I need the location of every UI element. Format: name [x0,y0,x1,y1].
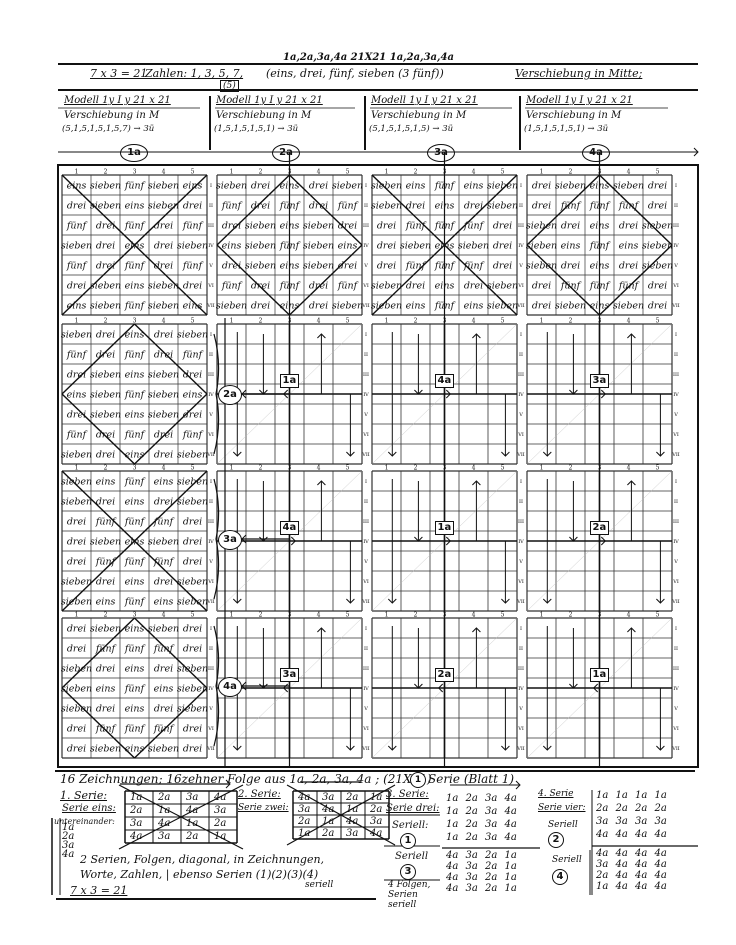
grid-word: drei [338,221,357,232]
svg-text:V: V [363,412,368,418]
svg-text:4: 4 [317,169,321,176]
svg-text:VI: VI [207,579,214,585]
svg-text:V: V [208,559,213,565]
grid-word: fünf [405,221,427,232]
svg-text:V: V [208,263,213,269]
grid-word: drei [96,577,115,588]
svg-text:VII: VII [361,452,370,458]
svg-text:4: 4 [317,612,321,619]
serie-row: 4a 3a 2a 1a [446,883,517,894]
serie-cell: 4a [214,792,226,803]
grid-word: fünf [124,350,146,361]
grid-word: drei [154,450,173,461]
svg-text:V: V [673,706,678,712]
svg-text:4: 4 [627,612,631,619]
svg-text:2: 2 [414,318,418,325]
serie-row: 1a 2a 3a 4a [446,806,517,817]
grid-word: fünf [95,724,117,735]
grid-word: drei [154,577,173,588]
serie2-sub: Serie zwei: [238,803,289,813]
note-line1: 2 Serien, Folgen, diagonal, in Zeichnung… [80,853,324,866]
svg-text:1: 1 [75,612,79,619]
grid-word: eins [67,301,87,312]
svg-text:VI: VI [362,432,369,438]
grid-word: fünf [463,221,485,232]
grid-word: drei [532,201,551,212]
serie1-sub: Serie eins: [62,803,116,814]
serie-cell: 4a [346,816,358,827]
serie-row: 1a 2a 3a 4a [446,793,517,804]
grid-word: sieben [487,201,518,212]
svg-text:4: 4 [162,318,166,325]
grid-word: sieben [303,261,334,272]
svg-text:III: III [673,223,679,229]
serie-cell: 1a [370,792,382,803]
svg-text:2: 2 [414,169,418,176]
grid-word: sieben [216,301,247,312]
svg-text:VII: VII [206,303,215,309]
svg-text:VI: VI [517,432,524,438]
serie-cell: 2a [186,831,198,842]
svg-text:1: 1 [75,169,79,176]
grid-word: sieben [332,181,363,192]
grid-word: drei [183,281,202,292]
svg-text:I: I [365,332,367,338]
svg-text:5: 5 [656,465,660,472]
quadrant-label: 1a [435,521,455,535]
grid-word: drei [154,664,173,675]
svg-text:II: II [364,499,368,505]
grid-word: drei [648,301,667,312]
grid-word: sieben [148,537,179,548]
svg-text:III: III [673,519,679,525]
seriell-1: Seriell: [392,820,428,831]
svg-text:VI: VI [362,283,369,289]
grid-word: eins [464,301,484,312]
svg-text:I: I [210,479,212,485]
svg-text:I: I [210,183,212,189]
svg-text:VII: VII [361,746,370,752]
serie3-sub: Serie drei: [386,803,440,814]
svg-text:III: III [208,519,214,525]
svg-text:II: II [209,646,213,652]
note-line2: Worte, Zahlen, | ebenso Serien (1)(2)(3)… [80,868,318,881]
quadrant-label: 1a [280,374,300,388]
grid-word: sieben [90,281,121,292]
serie-row: 1a 4a 4a 4a [596,881,667,892]
svg-text:II: II [519,499,523,505]
svg-text:1: 1 [230,465,234,472]
grid-word: fünf [221,281,243,292]
svg-text:2: 2 [259,169,263,176]
grid-word: sieben [61,330,92,341]
svg-text:I: I [520,332,522,338]
serie-cell: 3a [130,818,142,829]
grid-word: drei [67,724,86,735]
grid-word: sieben [177,330,208,341]
svg-text:II: II [364,646,368,652]
grid-word: drei [183,517,202,528]
grid-word: drei [561,261,580,272]
grid-word: fünf [124,724,146,735]
svg-text:VI: VI [672,432,679,438]
svg-text:VII: VII [206,746,215,752]
svg-text:2: 2 [104,612,108,619]
grid-word: fünf [182,350,204,361]
svg-text:2: 2 [569,318,573,325]
bottom-formula: 7 x 3 = 21 [70,884,127,897]
grid-word: fünf [337,281,359,292]
grid-word: drei [377,261,396,272]
svg-text:IV: IV [363,539,369,545]
grid-word: drei [96,241,115,252]
svg-text:II: II [209,352,213,358]
svg-text:III: III [518,666,524,672]
serie-cell: 3a [322,792,334,803]
svg-text:IV: IV [673,539,679,545]
grid-word: sieben [613,181,644,192]
serie-cell: 1a [130,792,142,803]
svg-text:2: 2 [104,465,108,472]
grid-word: fünf [124,181,146,192]
grid-word: eins [183,301,203,312]
serie-cell: 4a [158,818,170,829]
serie-cell: 4a [186,805,198,816]
grid-word: sieben [245,241,276,252]
svg-text:II: II [209,499,213,505]
grid-word: drei [154,704,173,715]
svg-text:V: V [518,412,523,418]
grid-word: sieben [371,301,402,312]
grid-word: drei [96,221,115,232]
grid-word: drei [493,241,512,252]
svg-text:5: 5 [346,169,350,176]
svg-text:2: 2 [569,169,573,176]
serie-cell: 2a [370,804,382,815]
svg-text:4: 4 [162,465,166,472]
svg-text:4: 4 [472,465,476,472]
grid-word: eins [96,597,116,608]
grid-word: drei [493,261,512,272]
grid-word: drei [532,181,551,192]
serie-row: 2a 4a 4a 4a [596,870,667,881]
svg-text:II: II [209,203,213,209]
quadrant-label: 3a [280,668,300,682]
grid-word: eins [125,201,145,212]
svg-text:III: III [673,372,679,378]
svg-text:4: 4 [472,169,476,176]
svg-text:V: V [208,706,213,712]
svg-text:V: V [518,706,523,712]
svg-text:1: 1 [540,169,544,176]
svg-text:1: 1 [385,169,389,176]
grid-word: sieben [177,664,208,675]
grid-word: sieben [90,390,121,401]
seriell-3: Seriell [395,851,428,862]
svg-text:III: III [363,223,369,229]
svg-text:VII: VII [516,452,525,458]
grid-word: sieben [90,301,121,312]
grid-word: sieben [642,221,673,232]
serie-cell: 1a [346,804,358,815]
grid-word: drei [67,281,86,292]
grid-word: sieben [61,450,92,461]
svg-text:4: 4 [162,169,166,176]
serie-cell: 1a [158,805,170,816]
grid-word: sieben [148,410,179,421]
svg-text:VII: VII [671,303,680,309]
grid-word: drei [154,330,173,341]
svg-text:2: 2 [259,465,263,472]
svg-text:I: I [520,183,522,189]
serie-label: Serie (Blatt 1) [428,772,514,786]
svg-text:VII: VII [671,452,680,458]
grid-word: drei [493,221,512,232]
seriell-2-num: 2 [548,832,564,848]
svg-text:IV: IV [363,243,369,249]
grid-word: eins [619,241,639,252]
svg-text:IV: IV [208,392,214,398]
serie4-label: 4. Serie [538,789,573,799]
footer-title: 16 Zeichnungen; 16zehner Folge aus 1a, 2… [60,772,432,786]
svg-text:V: V [518,263,523,269]
svg-text:5: 5 [191,318,195,325]
svg-text:V: V [363,559,368,565]
svg-text:I: I [675,183,677,189]
quadrant-label: 1a [590,668,610,682]
svg-text:5: 5 [191,612,195,619]
serie-cell: 4a [322,804,334,815]
grid-word: sieben [61,497,92,508]
svg-text:II: II [519,646,523,652]
grid-word: eins [406,181,426,192]
grid-word: sieben [177,450,208,461]
svg-text:III: III [208,666,214,672]
serie-cell: 3a [370,816,382,827]
svg-text:1: 1 [540,612,544,619]
grid-word: sieben [61,241,92,252]
svg-text:2: 2 [569,465,573,472]
svg-text:IV: IV [363,686,369,692]
svg-text:2: 2 [414,465,418,472]
row-label-circle: 4a [218,677,242,697]
grid-word: drei [183,724,202,735]
grid-word: drei [183,624,202,635]
svg-text:IV: IV [673,392,679,398]
grid-word: drei [251,181,270,192]
serie-row: 4a 4a 4a 4a [596,829,667,840]
svg-text:5: 5 [191,465,195,472]
svg-text:IV: IV [208,243,214,249]
grid-word: sieben [303,241,334,252]
grid-word: sieben [148,181,179,192]
svg-text:V: V [518,559,523,565]
grid-word: sieben [487,301,518,312]
grid-word: fünf [124,301,146,312]
svg-text:VI: VI [362,726,369,732]
serie-cell: 2a [130,805,142,816]
svg-text:V: V [363,706,368,712]
serie-cell: 4a [130,831,142,842]
grid-word: fünf [124,557,146,568]
svg-text:I: I [365,479,367,485]
serie-cell: 1a [322,816,334,827]
svg-text:5: 5 [501,318,505,325]
serie-cell: 2a [214,818,226,829]
grid-word: drei [561,221,580,232]
svg-text:VI: VI [207,432,214,438]
grid-word: drei [532,301,551,312]
svg-text:III: III [363,519,369,525]
serie-row: 2a 2a 2a 2a [596,803,667,814]
grid-word: fünf [66,350,88,361]
grid-word: eins [67,390,87,401]
grid-word: eins [125,744,145,755]
serie-row: 4a 4a 4a 4a [596,848,667,859]
grid-word: drei [464,281,483,292]
svg-text:1: 1 [385,612,389,619]
grid-word: drei [67,744,86,755]
svg-text:I: I [210,332,212,338]
seriell-3-num: 3 [400,864,416,880]
svg-text:1: 1 [540,318,544,325]
svg-text:I: I [675,332,677,338]
grid-word: drei [377,221,396,232]
svg-text:1: 1 [75,465,79,472]
svg-text:4: 4 [627,169,631,176]
svg-text:I: I [365,626,367,632]
grid-word: eins [154,684,174,695]
svg-text:V: V [208,412,213,418]
grid-word: sieben [90,181,121,192]
serie-row: 4a 3a 2a 1a [446,872,517,883]
svg-text:IV: IV [518,392,524,398]
serie-cell: 3a [298,804,310,815]
serie-cell: 4a [298,792,310,803]
grid-word: fünf [124,390,146,401]
svg-text:4: 4 [472,612,476,619]
serie-cell: 3a [158,831,170,842]
grid-word: fünf [66,221,88,232]
svg-text:5: 5 [346,318,350,325]
grid-word: sieben [90,744,121,755]
grid-word: sieben [371,201,402,212]
seriell-4: Seriell [552,855,582,865]
svg-text:VI: VI [672,283,679,289]
svg-text:1: 1 [230,612,234,619]
grid-word: fünf [182,221,204,232]
grid-word: drei [67,537,86,548]
grid-word: eins [125,704,145,715]
grid-word: drei [183,744,202,755]
quadrant-label: 4a [280,521,300,535]
svg-text:2: 2 [414,612,418,619]
svg-text:IV: IV [208,686,214,692]
grid-word: fünf [66,261,88,272]
grid-word: sieben [216,181,247,192]
svg-text:1: 1 [230,169,234,176]
serie-cell: 1a [186,818,198,829]
svg-text:V: V [673,559,678,565]
svg-text:III: III [208,372,214,378]
svg-text:II: II [674,646,678,652]
grid-word: fünf [560,281,582,292]
grid-word: eins [406,301,426,312]
serie1-label: 1. Serie: [60,789,107,802]
svg-text:IV: IV [518,539,524,545]
svg-text:2: 2 [259,612,263,619]
serie-circle: 1 [410,772,426,788]
svg-text:4: 4 [317,465,321,472]
grid-word: sieben [303,221,334,232]
svg-text:III: III [208,223,214,229]
quadrant-label: 2a [435,668,455,682]
svg-text:3: 3 [133,169,137,176]
svg-text:I: I [675,479,677,485]
svg-text:VI: VI [517,579,524,585]
svg-text:II: II [674,499,678,505]
svg-text:VI: VI [207,726,214,732]
grid-word: eins [125,410,145,421]
serie-cell: 2a [298,816,310,827]
grid-word: drei [67,517,86,528]
svg-text:III: III [518,519,524,525]
grid-word: sieben [148,390,179,401]
grid-word: fünf [124,221,146,232]
grid-word: sieben [61,597,92,608]
svg-text:IV: IV [518,243,524,249]
serie-row: 4a 3a 2a 1a [446,861,517,872]
svg-text:4: 4 [627,465,631,472]
grid-word: sieben [245,221,276,232]
svg-text:II: II [519,352,523,358]
svg-text:5: 5 [346,465,350,472]
grid-word: sieben [177,597,208,608]
grid-word: drei [648,181,667,192]
grid-word: drei [309,181,328,192]
svg-text:VI: VI [207,283,214,289]
svg-text:II: II [519,203,523,209]
grid-word: drei [648,201,667,212]
grid-word: fünf [124,644,146,655]
grid-word: sieben [148,301,179,312]
serie3-label: 3. Serie: [386,789,429,800]
seriell-1-num: 1 [400,833,416,849]
grid-word: drei [619,261,638,272]
serie-row: 3a 4a 4a 4a [596,859,667,870]
serie-cell: 1a [298,828,310,839]
svg-text:2: 2 [104,318,108,325]
grid-word: eins [125,450,145,461]
grid-word: sieben [177,497,208,508]
serie-row: 1a 2a 3a 4a [446,819,517,830]
grid-word: sieben [90,410,121,421]
svg-text:VII: VII [516,599,525,605]
grid-word: drei [183,370,202,381]
grid-word: drei [309,301,328,312]
svg-text:IV: IV [518,686,524,692]
svg-text:VII: VII [671,746,680,752]
svg-text:VII: VII [671,599,680,605]
grid-word: drei [406,281,425,292]
grid-word: drei [154,241,173,252]
serie-cell: 2a [158,792,170,803]
svg-text:V: V [673,412,678,418]
svg-text:2: 2 [104,169,108,176]
grid-word: drei [67,201,86,212]
svg-text:III: III [673,666,679,672]
grid-word: eins [125,577,145,588]
